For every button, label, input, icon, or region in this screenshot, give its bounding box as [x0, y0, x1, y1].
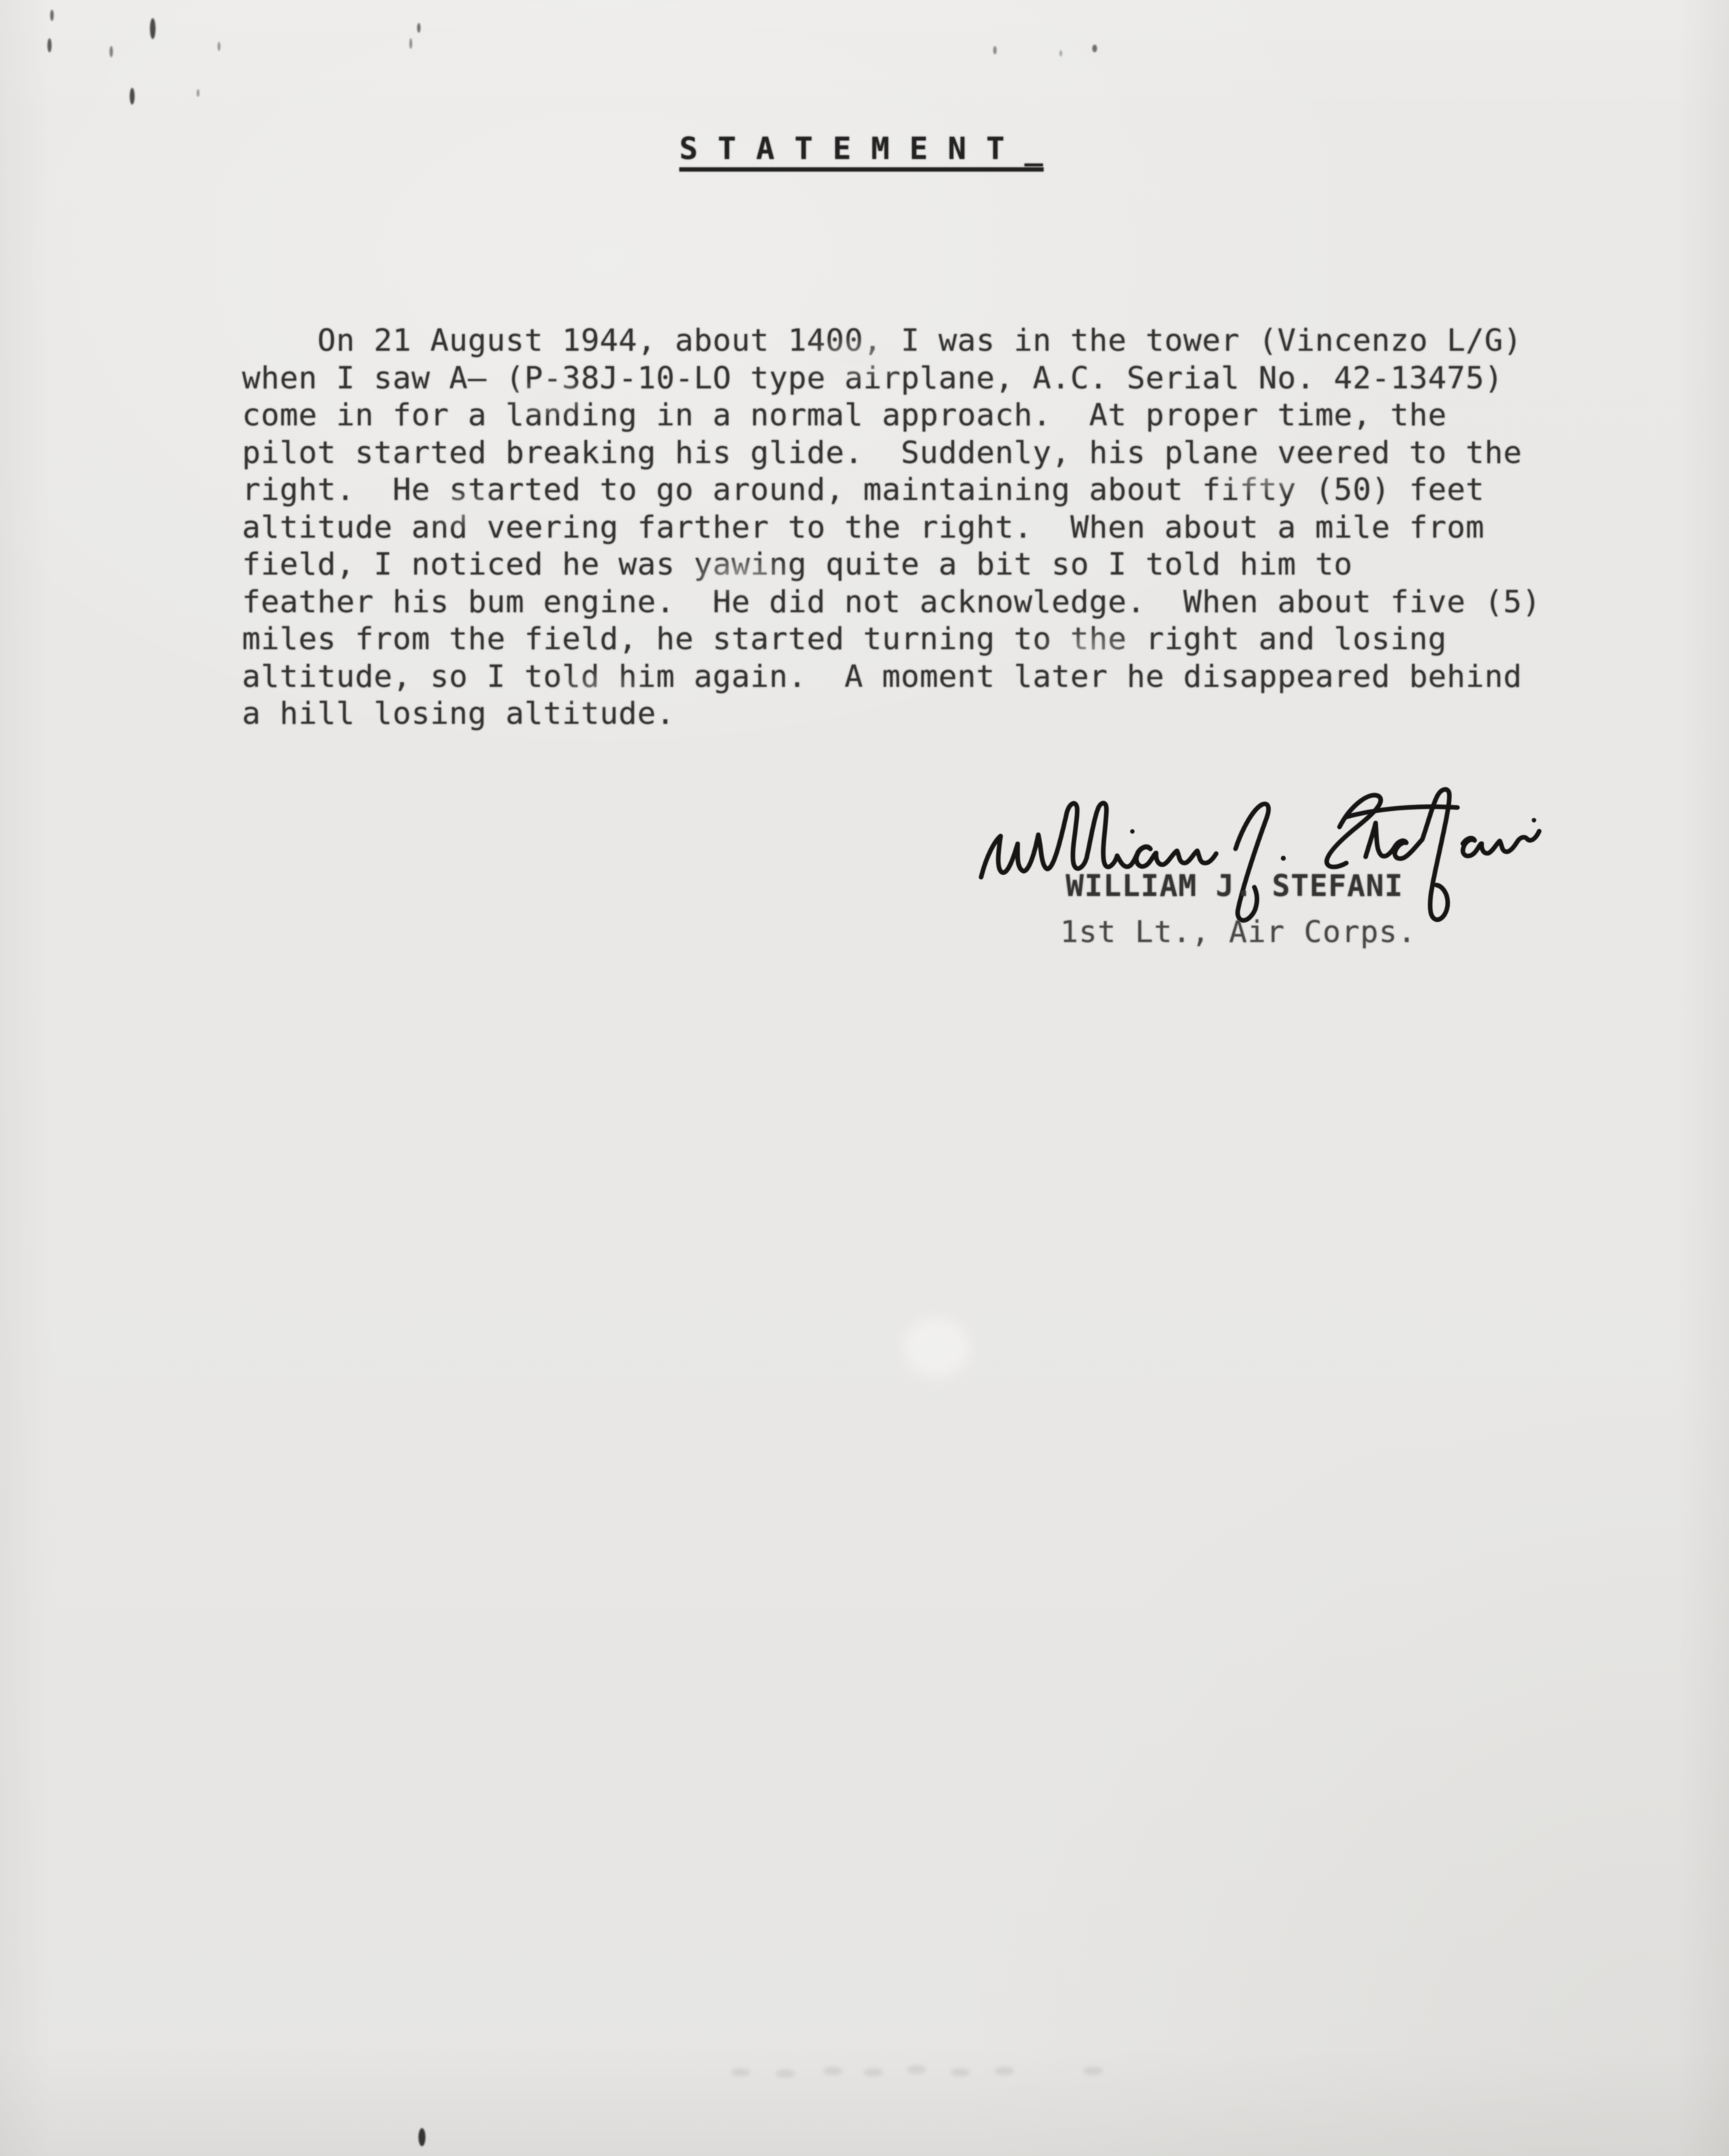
statement-line: come in for a landing in a normal approa…	[242, 397, 1541, 434]
scan-speck	[417, 23, 421, 33]
statement-line: miles from the field, he started turning…	[242, 621, 1541, 658]
statement-line: altitude, so I told him again. A moment …	[242, 658, 1541, 696]
scan-speck	[130, 88, 135, 105]
scan-smudge	[1083, 2067, 1103, 2075]
scan-speck	[409, 38, 412, 49]
scan-speck	[47, 38, 52, 52]
scanned-statement-page: S T A T E M E N T _ On 21 August 1944, a…	[0, 0, 1729, 2156]
statement-line: a hill losing altitude.	[242, 695, 1541, 733]
statement-line: right. He started to go around, maintain…	[242, 471, 1541, 509]
scan-smudge	[731, 2068, 750, 2077]
statement-line: On 21 August 1944, about 1400, I was in …	[242, 322, 1541, 360]
scan-smudge	[995, 2067, 1014, 2075]
scan-speck	[50, 10, 54, 21]
scan-speck	[150, 18, 156, 39]
scan-smudge	[823, 2067, 843, 2075]
scan-speck	[218, 42, 220, 51]
scan-speck	[197, 89, 199, 97]
scan-speck	[993, 46, 997, 54]
scan-speck	[110, 46, 113, 57]
statement-line: altitude and veering farther to the righ…	[242, 509, 1541, 547]
scan-speck	[418, 2128, 425, 2146]
scan-smudge	[951, 2068, 970, 2077]
scan-smudge	[907, 2065, 926, 2074]
scan-speck	[1059, 50, 1062, 56]
scan-smudge	[776, 2070, 795, 2078]
scan-speck	[1092, 45, 1097, 52]
scan-smudge	[863, 2068, 883, 2077]
paper-blemish	[903, 1318, 969, 1377]
statement-line: field, I noticed he was yawing quite a b…	[242, 546, 1541, 584]
statement-paragraph: On 21 August 1944, about 1400, I was in …	[242, 322, 1541, 733]
statement-line: pilot started breaking his glide. Sudden…	[242, 434, 1541, 472]
statement-line: feather his bum engine. He did not ackno…	[242, 584, 1541, 621]
typed-signature-name: WILLIAM J. STEFANI	[1066, 869, 1403, 904]
statement-line: when I saw A— (P-38J-10-LO type airplane…	[242, 360, 1541, 397]
page-title: S T A T E M E N T _	[679, 131, 1043, 167]
signature-rank-line: 1st Lt., Air Corps.	[1060, 915, 1417, 950]
